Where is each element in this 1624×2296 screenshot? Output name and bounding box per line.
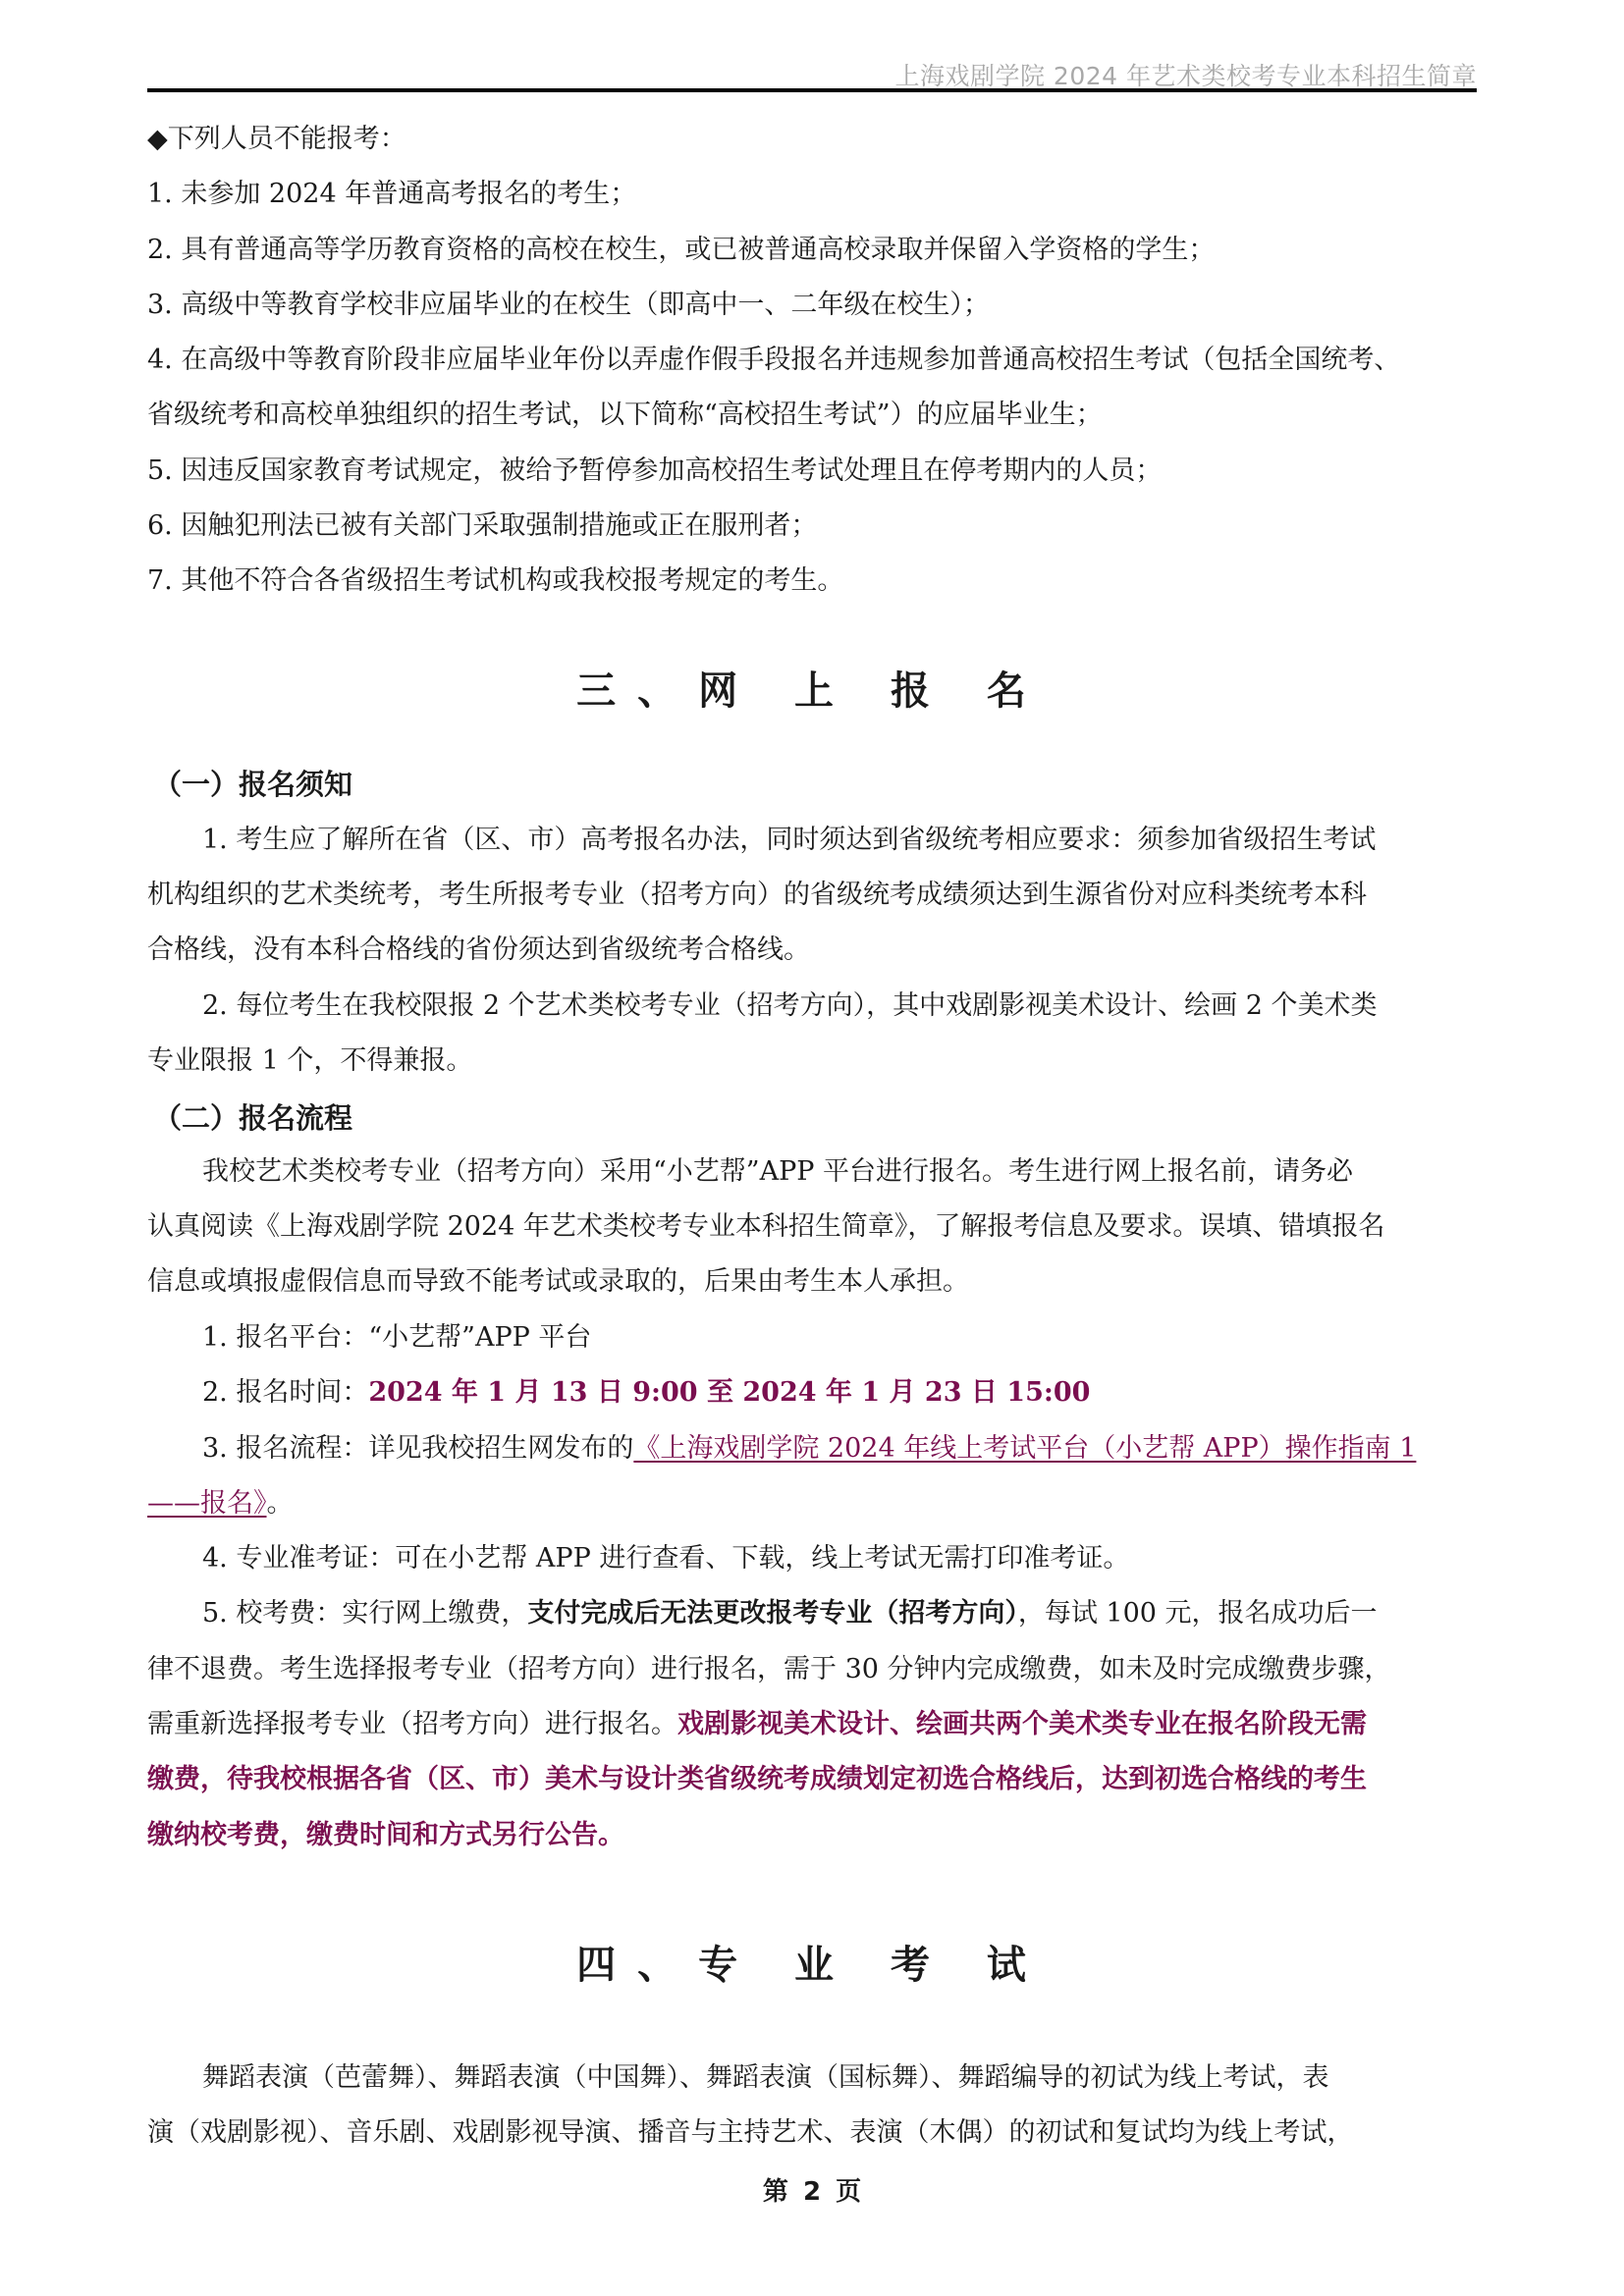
ineligible-item: 6. 因触犯刑法已被有关部门采取强制措施或正在服刑者； (147, 507, 1477, 546)
notice-line: 1. 考生应了解所在省（区、市）高考报名办法，同时须达到省级统考相应要求：须参加… (147, 821, 1532, 860)
registration-process-label: 3. 报名流程：详见我校招生网发布的 (202, 1433, 633, 1464)
notice-line: 专业限报 1 个，不得兼报。 (147, 1041, 1477, 1081)
ineligible-item: 2. 具有普通高等学历教育资格的高校在校生，或已被普通高校录取并保留入学资格的学… (147, 231, 1477, 270)
registration-process-line-cont: ——报名》。 (147, 1484, 1477, 1523)
period: 。 (267, 1488, 294, 1519)
exam-fee-no-change-notice: 支付完成后无法更改报考专业（招考方向） (527, 1598, 1018, 1629)
art-majors-fee-notice: 缴费，待我校根据各省（区、市）美术与设计类省级统考成绩划定初选合格线后，达到初选… (147, 1760, 1477, 1799)
section-title-professional-exam: 四、专 业 考 试 (147, 1934, 1477, 1990)
ineligible-item: 1. 未参加 2024 年普通高考报名的考生； (147, 175, 1477, 214)
registration-time-value: 2024 年 1 月 13 日 9:00 至 2024 年 1 月 23 日 1… (368, 1377, 1090, 1408)
registration-time-label: 2. 报名时间： (202, 1377, 368, 1408)
ineligible-item: 5. 因违反国家教育考试规定，被给予暂停参加高校招生考试处理且在停考期内的人员； (147, 452, 1477, 491)
registration-platform-label: 1. 报名平台： (202, 1322, 368, 1353)
ineligible-item: 7. 其他不符合各省级招生考试机构或我校报考规定的考生。 (147, 561, 1477, 601)
page-number: 第 2 页 (147, 2171, 1477, 2208)
ineligible-intro: ◆下列人员不能报考： (147, 120, 1477, 159)
running-header: 上海戏剧学院 2024 年艺术类校考专业本科招生简章 (894, 57, 1477, 92)
exam-line: 演（戏剧影视）、音乐剧、戏剧影视导演、播音与主持艺术、表演（木偶）的初试和复试均… (147, 2113, 1477, 2153)
process-intro-line: 信息或填报虚假信息而导致不能考试或录取的，后果由考生本人承担。 (147, 1262, 1477, 1302)
exam-fee-line: 需重新选择报考专业（招考方向）进行报名。戏剧影视美术设计、绘画共两个美术类专业在… (147, 1705, 1477, 1744)
exam-fee-amount: ，每试 100 元，报名成功后一 (1018, 1598, 1378, 1629)
art-majors-fee-notice: 戏剧影视美术设计、绘画共两个美术类专业在报名阶段无需 (677, 1709, 1367, 1739)
section-title-online-registration: 三、网 上 报 名 (147, 660, 1477, 716)
exam-line: 舞蹈表演（芭蕾舞）、舞蹈表演（中国舞）、舞蹈表演（国标舞）、舞蹈编导的初试为线上… (147, 2058, 1532, 2098)
registration-process-line: 3. 报名流程：详见我校招生网发布的《上海戏剧学院 2024 年线上考试平台（小… (147, 1429, 1532, 1468)
exam-fee-plain: 需重新选择报考专业（招考方向）进行报名。 (147, 1709, 677, 1739)
registration-platform-value: “小艺帮”APP 平台 (368, 1322, 591, 1353)
notice-line: 合格线，没有本科合格线的省份须达到省级统考合格线。 (147, 931, 1477, 970)
header-rule (147, 88, 1477, 92)
ineligible-item: 3. 高级中等教育学校非应届毕业的在校生（即高中一、二年级在校生）； (147, 286, 1477, 325)
exam-fee-line: 律不退费。考生选择报考专业（招考方向）进行报名，需于 30 分钟内完成缴费，如未… (147, 1650, 1477, 1689)
process-intro-line: 我校艺术类校考专业（招考方向）采用“小艺帮”APP 平台进行报名。考生进行网上报… (147, 1152, 1532, 1192)
operation-guide-link-cont[interactable]: ——报名》 (147, 1488, 267, 1519)
registration-platform: 1. 报名平台：“小艺帮”APP 平台 (147, 1318, 1532, 1358)
art-majors-fee-notice: 缴纳校考费，缴费时间和方式另行公告。 (147, 1816, 1477, 1855)
ineligible-item: 4. 在高级中等教育阶段非应届毕业年份以弄虚作假手段报名并违规参加普通高校招生考… (147, 341, 1477, 380)
notice-line: 机构组织的艺术类统考，考生所报考专业（招考方向）的省级统考成绩须达到生源省份对应… (147, 876, 1477, 915)
registration-time: 2. 报名时间：2024 年 1 月 13 日 9:00 至 2024 年 1 … (147, 1373, 1532, 1413)
exam-fee-label: 5. 校考费：实行网上缴费， (202, 1598, 527, 1629)
subheading-registration-notice: （一）报名须知 (153, 763, 352, 803)
subheading-registration-process: （二）报名流程 (153, 1096, 352, 1137)
ineligible-item: 省级统考和高校单独组织的招生考试，以下简称“高校招生考试”）的应届毕业生； (147, 396, 1477, 435)
notice-line: 2. 每位考生在我校限报 2 个艺术类校考专业（招考方向），其中戏剧影视美术设计… (147, 987, 1532, 1026)
exam-fee-line: 5. 校考费：实行网上缴费，支付完成后无法更改报考专业（招考方向），每试 100… (147, 1594, 1532, 1633)
process-intro-line: 认真阅读《上海戏剧学院 2024 年艺术类校考专业本科招生简章》，了解报考信息及… (147, 1207, 1477, 1247)
admission-ticket-line: 4. 专业准考证：可在小艺帮 APP 进行查看、下载，线上考试无需打印准考证。 (147, 1539, 1532, 1578)
operation-guide-link[interactable]: 《上海戏剧学院 2024 年线上考试平台（小艺帮 APP）操作指南 1 (633, 1433, 1416, 1464)
